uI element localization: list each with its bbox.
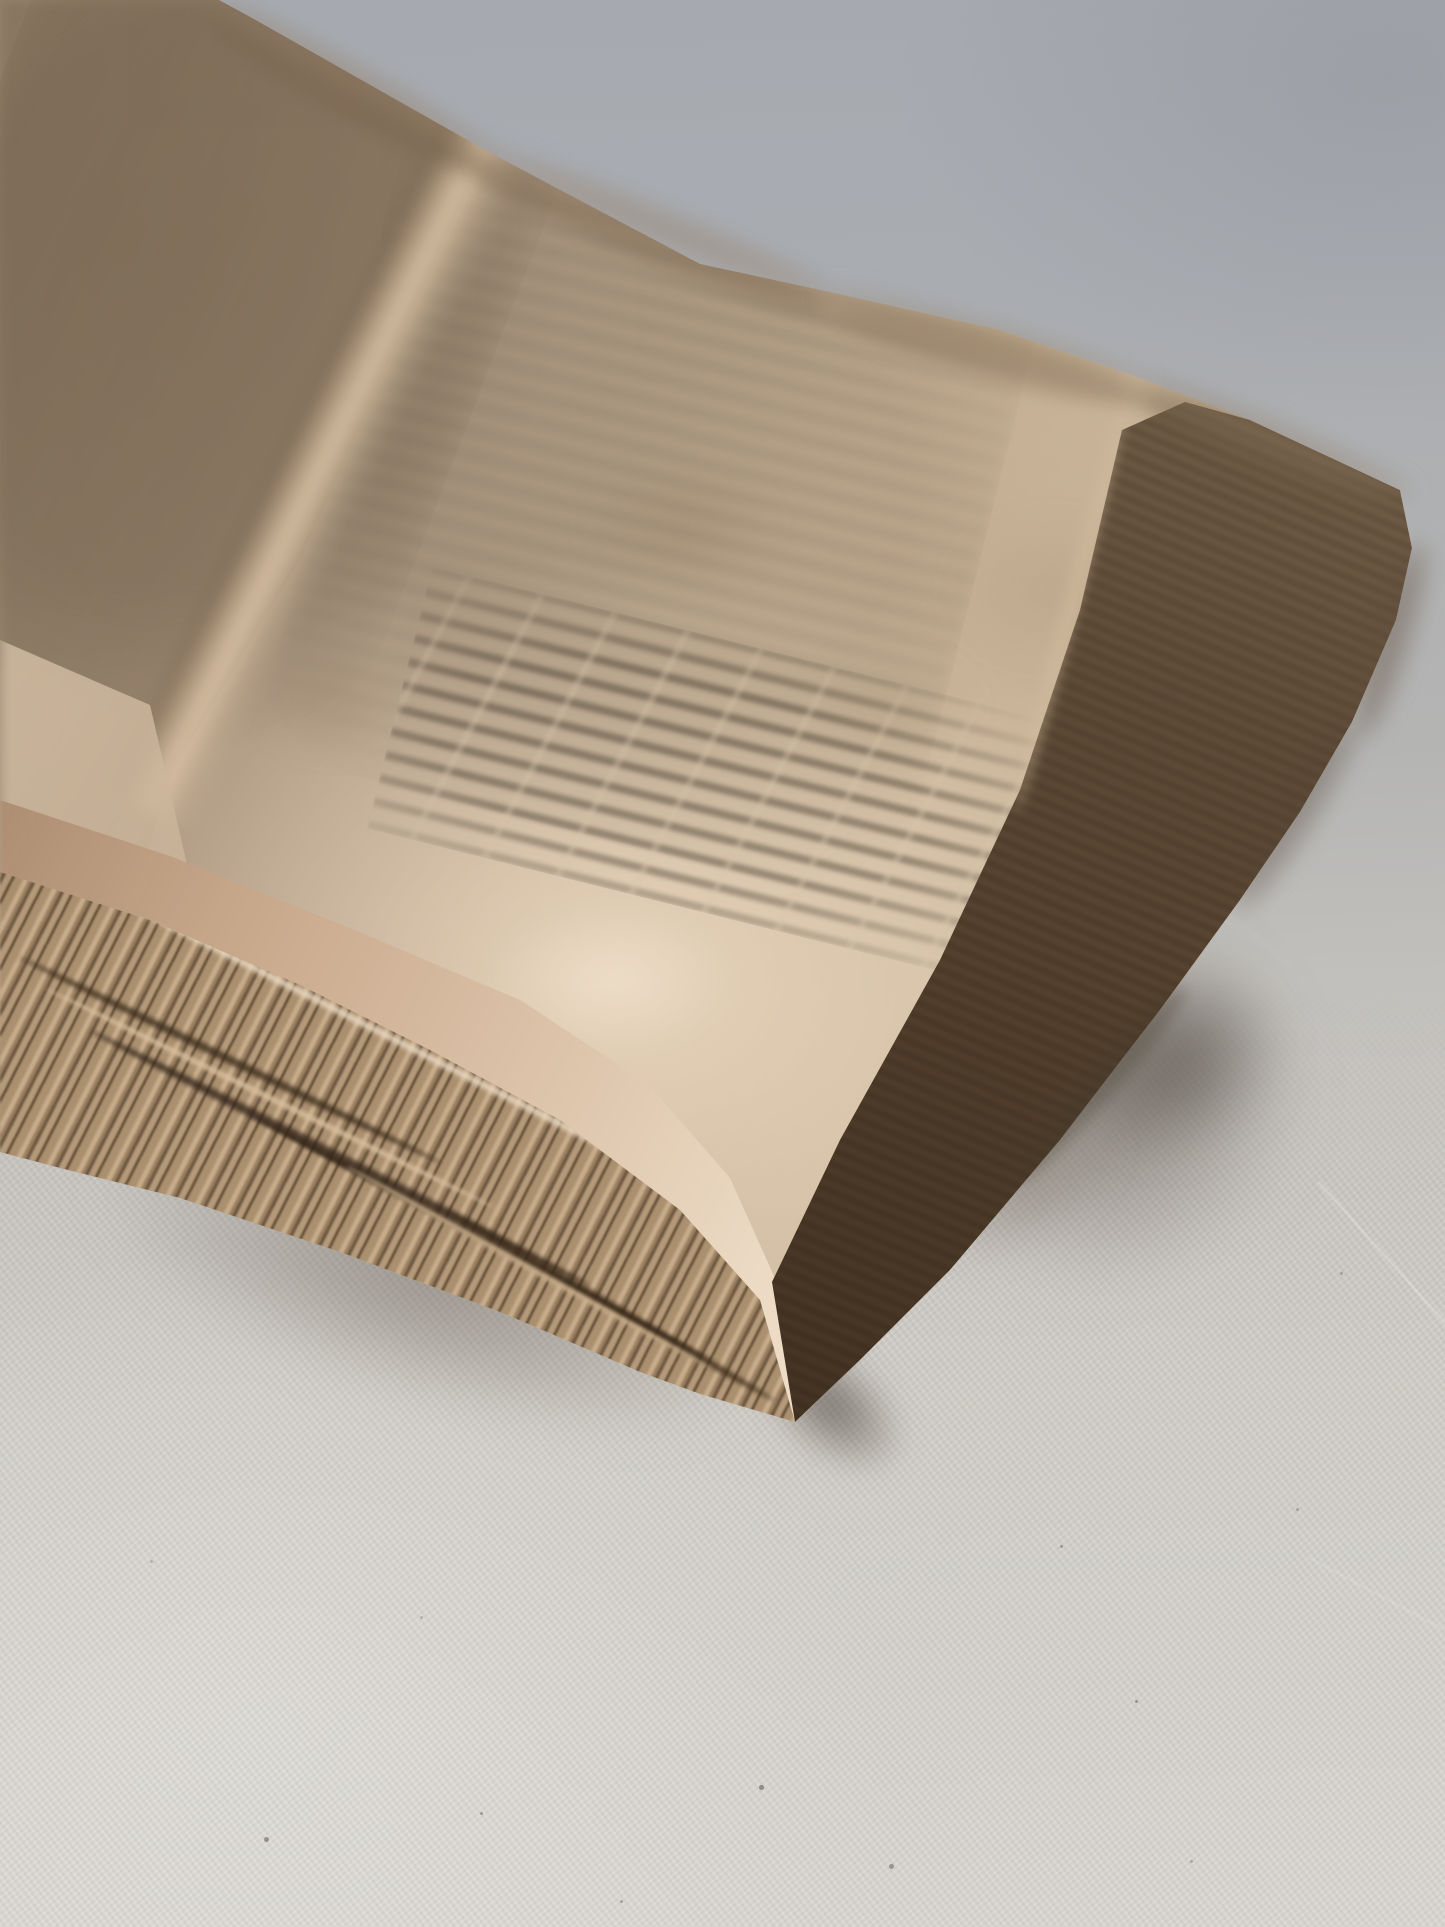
photo-scene bbox=[0, 0, 1445, 1927]
ground-speckles bbox=[0, 0, 3, 3]
